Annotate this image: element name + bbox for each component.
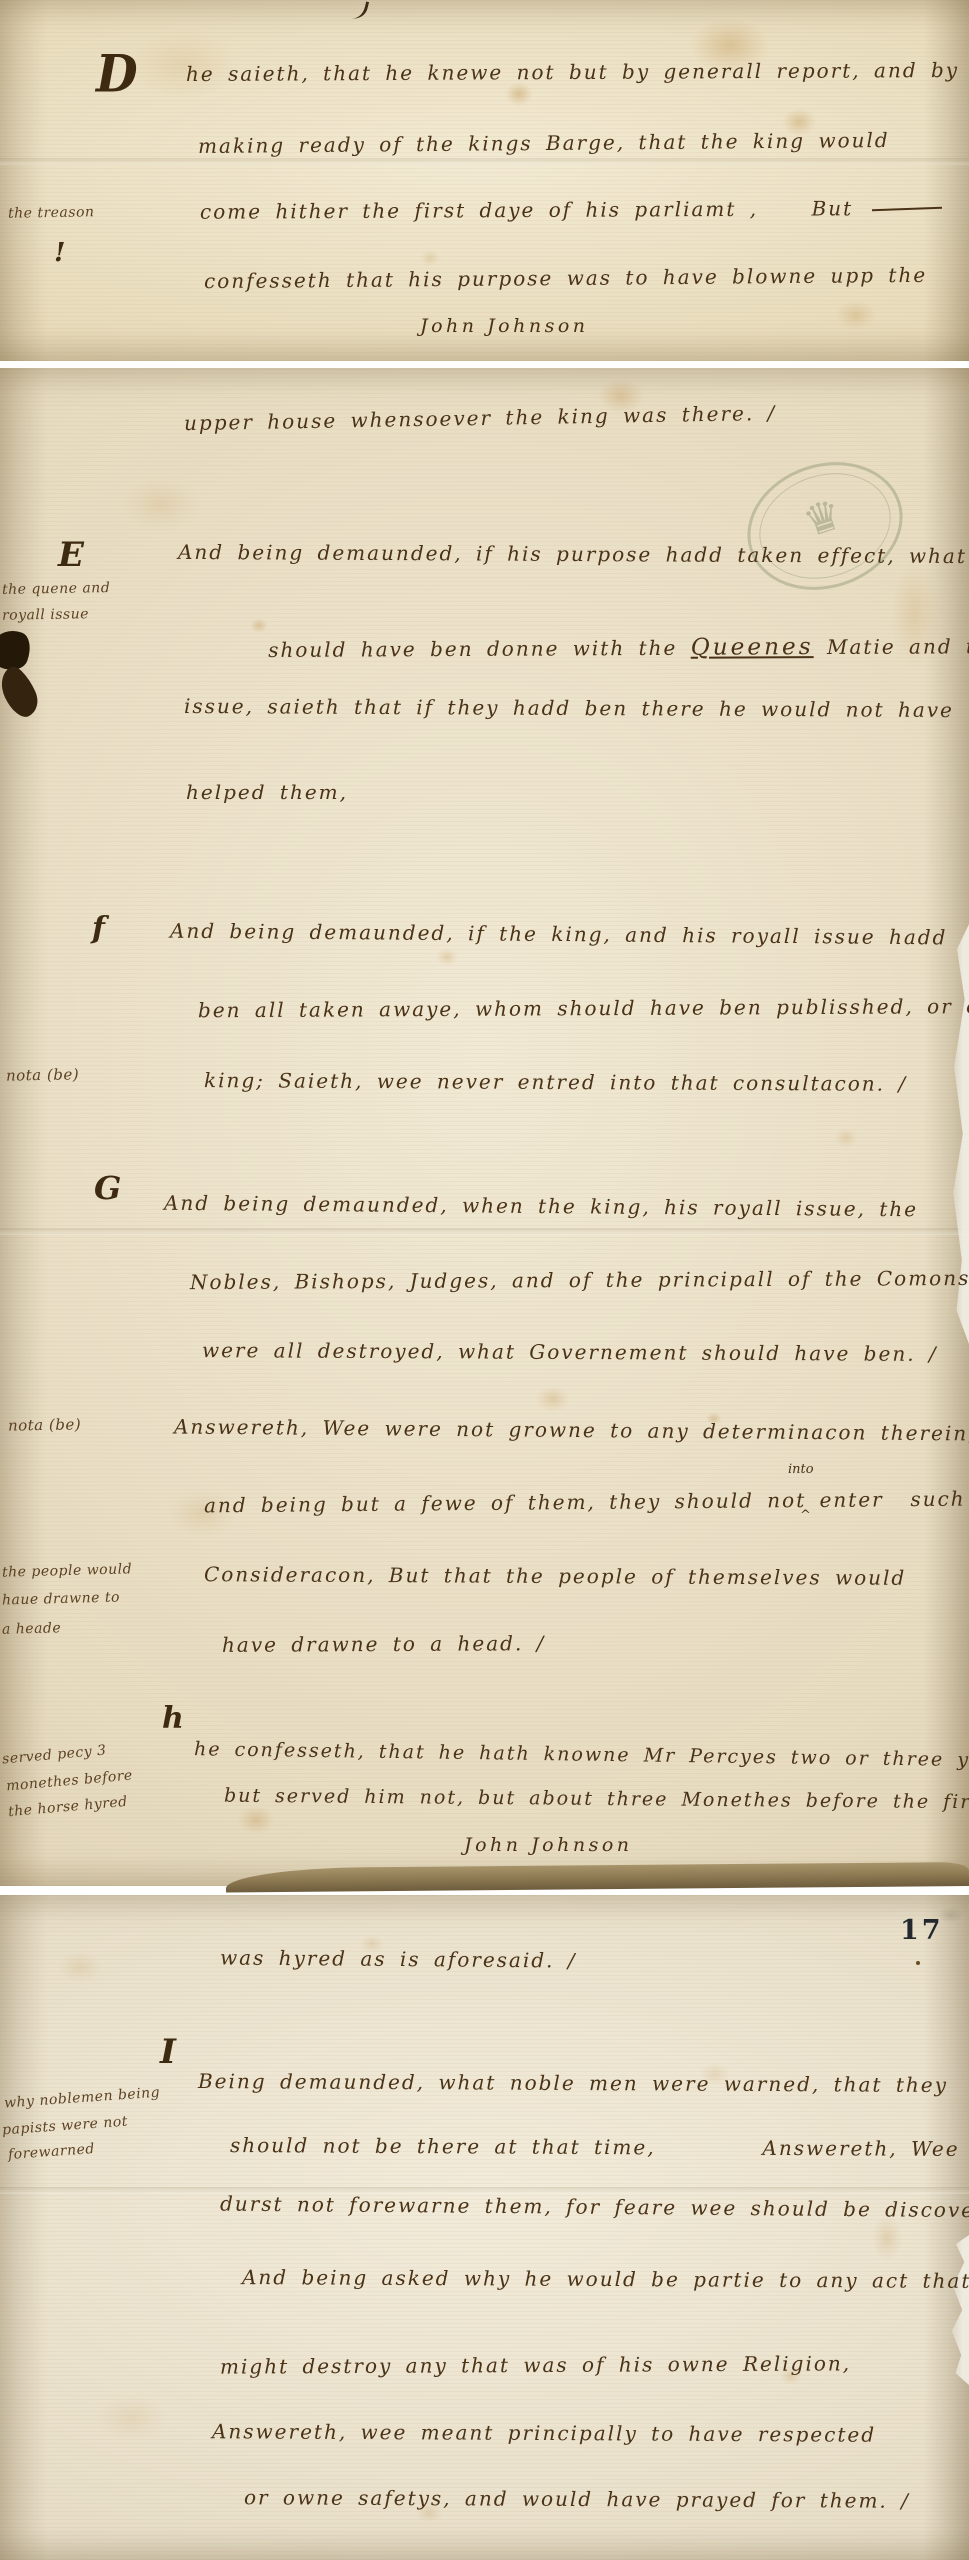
margin-note: papists were not bbox=[2, 2115, 129, 2138]
body-line: might destroy any that was of his owne R… bbox=[220, 2353, 851, 2376]
archive-stamp: ♛ bbox=[731, 443, 920, 610]
paper-strip-3: 17 was hyred as is aforesaid. / I why no… bbox=[0, 1895, 969, 2560]
body-line: king; Saieth, wee never entred into that… bbox=[204, 1070, 907, 1094]
body-line: have drawne to a head. / bbox=[222, 1633, 545, 1655]
margin-note: the quene and bbox=[2, 581, 110, 597]
carryover-line: upper house whensoever the king was ther… bbox=[184, 403, 777, 433]
line-filler-stroke bbox=[872, 207, 942, 211]
body-line: And being demaunded, when the king, his … bbox=[164, 1193, 918, 1220]
paper-stain bbox=[420, 250, 440, 266]
margin-note: a heade bbox=[2, 1621, 62, 1637]
margin-note-nota: nota (be) bbox=[6, 1067, 79, 1083]
fold-crease bbox=[0, 158, 969, 165]
underlined-word-queenes: Queenes bbox=[691, 633, 814, 661]
insertion-caret: ^ bbox=[800, 1508, 811, 1523]
margin-note: the treason bbox=[8, 205, 95, 221]
paragraph-mark-g: G bbox=[94, 1172, 121, 1204]
margin-note-nota: nota (be) bbox=[8, 1417, 81, 1433]
body-line: should not be there at that time, Answer… bbox=[230, 2135, 960, 2159]
margin-note: royall issue bbox=[2, 607, 89, 623]
paper-strip-2: ♛ upper house whensoever the king was th… bbox=[0, 368, 969, 1886]
margin-note: monethes before bbox=[6, 1768, 134, 1793]
interlinear-insertion: into bbox=[788, 1462, 814, 1477]
body-line-segment: should have ben donne with the bbox=[268, 636, 691, 662]
body-line: And being asked why he would be partie t… bbox=[242, 2267, 969, 2291]
paper-stain bbox=[238, 1806, 274, 1834]
ink-blot bbox=[0, 662, 44, 722]
signature-john-johnson: John Johnson bbox=[464, 1834, 633, 1856]
paper-stain bbox=[58, 1951, 102, 1983]
carryover-line: was hyred as is aforesaid. / bbox=[220, 1947, 577, 1970]
body-line: making ready of the kings Barge, that th… bbox=[198, 130, 890, 156]
paragraph-mark-e: E bbox=[58, 538, 84, 572]
margin-note: the people would bbox=[2, 1562, 132, 1579]
body-line: And being demaunded, if the king, and hi… bbox=[170, 921, 948, 948]
fold-crease bbox=[0, 1228, 969, 1235]
body-line: but served him not, but about three Mone… bbox=[224, 1787, 969, 1813]
body-line: durst not forewarne them, for feare wee … bbox=[220, 2194, 969, 2221]
paragraph-mark-i: I bbox=[160, 2035, 176, 2069]
body-line-segment: Matie and the Royall bbox=[814, 634, 969, 659]
body-line: come hither the first daye of his parlia… bbox=[200, 198, 853, 221]
body-line: Answereth, Wee were not growne to any de… bbox=[174, 1416, 969, 1443]
margin-mark-exclamation: ! bbox=[54, 240, 65, 266]
margin-note: served pecy 3 bbox=[2, 1743, 107, 1766]
paper-stain bbox=[96, 2395, 166, 2441]
paper-stain bbox=[872, 2215, 902, 2261]
bottom-edge-band bbox=[226, 1862, 969, 1892]
paragraph-mark-d: D bbox=[96, 48, 138, 100]
pen-stroke-top bbox=[350, 0, 369, 22]
body-line: should have ben donne with the Queenes M… bbox=[188, 614, 969, 682]
body-line: Answereth, wee meant principally to have… bbox=[212, 2421, 876, 2444]
margin-note: the horse hyred bbox=[8, 1795, 129, 1819]
page-number: 17 bbox=[900, 1915, 944, 1946]
body-line: And being demaunded, if his purpose hadd… bbox=[178, 542, 967, 566]
paper-stain bbox=[834, 1128, 858, 1148]
paper-stain bbox=[436, 948, 458, 966]
body-line: Nobles, Bishops, Judges, and of the prin… bbox=[190, 1268, 969, 1292]
signature-john-johnson: John Johnson bbox=[420, 315, 589, 337]
paper-strip-1: D he saieth, that he knewe not but by ge… bbox=[0, 0, 969, 361]
body-line: or owne safetys, and would have prayed f… bbox=[244, 2487, 910, 2510]
paragraph-mark-f: f bbox=[92, 914, 105, 944]
paper-stain bbox=[505, 82, 533, 106]
paper-stain bbox=[536, 1386, 570, 1412]
body-line: he saieth, that he knewe not but by gene… bbox=[186, 60, 959, 84]
paragraph-mark-h: h bbox=[162, 1704, 184, 1734]
torn-right-edge bbox=[943, 2235, 969, 2385]
body-line: he confesseth, that he hath knowne Mr Pe… bbox=[194, 1740, 969, 1771]
paper-stain bbox=[836, 300, 876, 330]
body-line: were all destroyed, what Governement sho… bbox=[202, 1340, 938, 1364]
margin-note: haue drawne to bbox=[2, 1590, 120, 1607]
body-line: ben all taken awaye, whom should have be… bbox=[198, 996, 969, 1020]
body-line: Consideracon, But that the people of the… bbox=[204, 1564, 906, 1588]
body-line: confesseth that his purpose was to have … bbox=[204, 265, 927, 291]
body-line: issue, saieth that if they hadd ben ther… bbox=[184, 696, 954, 720]
manuscript-scan-page: D he saieth, that he knewe not but by ge… bbox=[0, 0, 969, 2560]
margin-note: why noblemen being bbox=[4, 2086, 161, 2111]
margin-note: forewarned bbox=[8, 2142, 96, 2162]
body-line: and being but a fewe of them, they shoul… bbox=[204, 1489, 966, 1516]
paper-stain bbox=[120, 476, 200, 532]
body-line: Being demaunded, what noble men were war… bbox=[198, 2071, 948, 2095]
ink-dot bbox=[916, 1961, 920, 1965]
body-line: helped them, bbox=[186, 782, 348, 802]
